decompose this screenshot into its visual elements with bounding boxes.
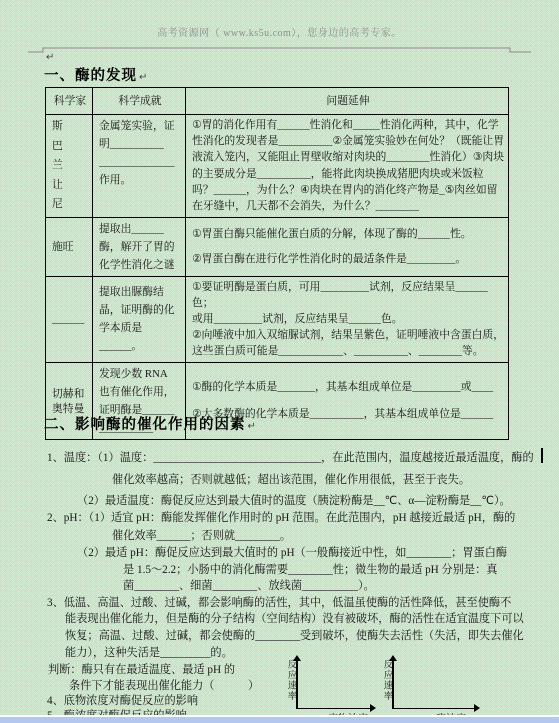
achievement-cell: 提取出脲酶结 晶，证明酶的化 学本质是______。 [93, 276, 186, 362]
table-header-row: 科学家 科学成就 问题延伸 [46, 88, 509, 115]
worksheet-line: （2）最适 pH：酶促反应达到最大值时的 pH（一般酶接近中性，如_______… [45, 547, 550, 564]
paragraph-mark-icon: ↵ [139, 72, 148, 83]
worksheet-line: 催化效率______；否则就________。 [45, 530, 550, 547]
x-axis [296, 708, 370, 710]
extension-cell: ①胃蛋白酶只能催化蛋白质的分解，体现了酶的______性。 ②胃蛋白酶在进行化学… [186, 217, 509, 276]
paragraph-mark-icon: ↵ [46, 53, 54, 63]
text-cursor [541, 448, 543, 463]
scientist-cell: 斯 巴 兰 让 尼 [46, 115, 93, 218]
document-page[interactable]: 高考资源网（ www.ks5u.com），您身边的高考专家。 ↵ 一、酶的发现↵… [0, 0, 559, 723]
worksheet-line: 1、温度：（1）温度：_____________________________… [45, 452, 550, 474]
worksheet-line: 能表现出催化能力，但是酶的分子结构（空间结构）没有被破坏，酶的活性在适宜温度下可… [45, 613, 550, 630]
worksheet-line: 3、低温、高温、过酸、过碱，都会影响酶的活性，其中，低温虽使酶的活性降低，甚至使… [45, 597, 550, 613]
extension-cell: ①要证明酶是蛋白质，可用_________试剂，反应结果呈______色； 或用… [186, 276, 509, 362]
header-achievement: 科学成就 [93, 88, 186, 115]
worksheet-line: 2、pH：（1）适宜 pH：酶能发挥催化作用时的 pH 范围。在此范围内，pH … [45, 512, 550, 530]
table-row: ______ 提取出脲酶结 晶，证明酶的化 学本质是______。 ①要证明酶是… [46, 276, 509, 362]
worksheet-line: （2）最适温度：酶促反应达到最大值时的温度（胰淀粉酶是__℃、α—淀粉酶是__℃… [45, 495, 550, 512]
y-axis [392, 657, 394, 708]
enzyme-concentration-chart: 反应速率 酶浓度 [380, 652, 480, 722]
page-header-text: 高考资源网（ www.ks5u.com），您身边的高考专家。 [0, 24, 559, 39]
worksheet-line: 催化效率越高；否则就越低；超出该范围，催化作用很低，甚至于丧失。 [45, 474, 550, 495]
section1-title-text: 一、酶的发现 [44, 68, 137, 84]
scientist-cell: 施旺 [46, 217, 93, 276]
arrow-up-icon [389, 651, 397, 661]
arrow-right-icon [474, 704, 484, 712]
x-axis [392, 708, 474, 710]
table-row: 斯 巴 兰 让 尼 金属笼实验，证 明__________ __________… [46, 115, 509, 218]
section2-title-text: 二、影响酶的催化作用的因素 [44, 417, 246, 433]
worksheet-line: 菌________、细菌________、放线菌__________）。 [45, 580, 550, 597]
achievement-cell: 提取出______ 酶，解开了胃的 化学性消化之谜 [93, 217, 186, 276]
worksheet-line: 是 1.5～2.2；小肠中的消化酶需要________性；微生物的最适 pH 分… [45, 564, 550, 580]
table-row: 施旺 提取出______ 酶，解开了胃的 化学性消化之谜 ①胃蛋白酶只能催化蛋白… [46, 217, 509, 276]
worksheet-line: 恢复；高温、过酸、过碱，都会使酶的________受到破坏，使酶失去活性（失活，… [45, 630, 550, 647]
horizontal-scrollbar[interactable] [0, 715, 559, 723]
y-axis [296, 657, 298, 708]
section1-title: 一、酶的发现↵ [44, 64, 148, 85]
achievement-cell: 金属笼实验，证 明__________ ______________ 作用。 [93, 115, 186, 218]
section2-title: 二、影响酶的催化作用的因素↵ [44, 413, 257, 434]
substrate-concentration-chart: 反应速率 底物浓度 [284, 652, 384, 722]
y-axis-label: 反应速率 [381, 659, 391, 701]
arrow-right-icon [370, 704, 380, 712]
scientist-cell: ______ [46, 276, 93, 362]
enzyme-discovery-table: 科学家 科学成就 问题延伸 斯 巴 兰 让 尼 金属笼实验，证 明_______… [45, 87, 509, 440]
y-axis-label: 反应速率 [285, 659, 295, 701]
paragraph-mark-icon: ↵ [248, 421, 257, 432]
header-scientist: 科学家 [46, 88, 93, 115]
arrow-up-icon [293, 651, 301, 661]
header-extension: 问题延伸 [186, 88, 509, 115]
extension-cell: ①胃的消化作用有______性消化和_____性消化两种，其中，化学性消化的发现… [186, 115, 509, 218]
